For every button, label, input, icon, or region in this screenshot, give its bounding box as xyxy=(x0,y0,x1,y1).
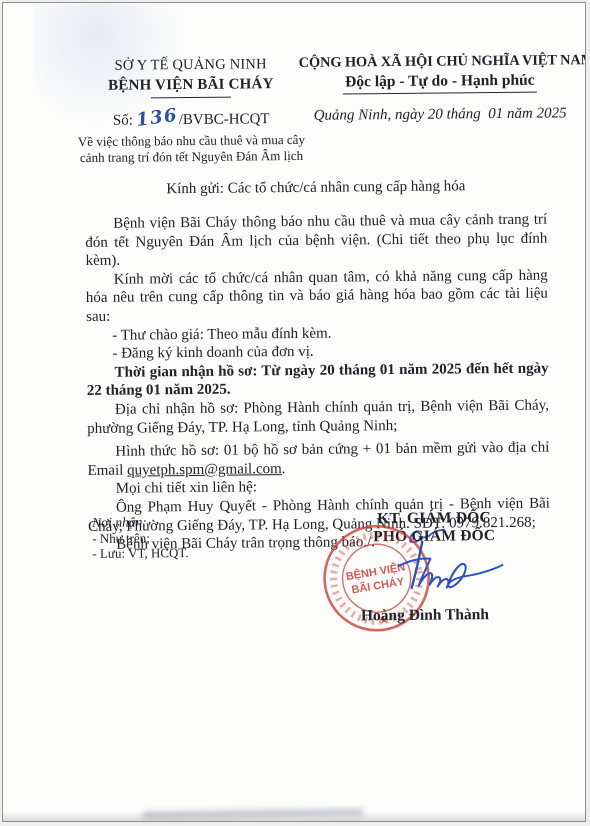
national-header: CỘNG HOÀ XÃ HỘI CHỦ NGHĨA VIỆT NAM Độc l… xyxy=(299,52,581,95)
org-name: BỆNH VIỆN BÃI CHÁY xyxy=(60,75,322,97)
recipients-label: Nơi nhận: xyxy=(92,514,188,530)
number-suffix: /BVBC-HCQT xyxy=(179,111,270,128)
paragraph-format: Hình thức hồ sơ: 01 bộ hồ sơ bản cứng + … xyxy=(87,439,549,481)
org-underline-rule xyxy=(151,97,231,99)
document-body: Bệnh viện Bãi Cháy thông báo nhu cầu thu… xyxy=(85,211,550,555)
signer-name: Hoàng Đình Thành xyxy=(325,606,525,626)
scan-bottom-shadow xyxy=(3,811,585,821)
republic-name: CỘNG HOÀ XÃ HỘI CHỦ NGHĨA VIỆT NAM xyxy=(299,52,581,72)
document-content: SỞ Y TẾ QUẢNG NINH BỆNH VIỆN BÃI CHÁY Số… xyxy=(2,2,586,822)
recipient-item: - Như trên; xyxy=(92,530,188,546)
paragraph-address: Địa chỉ nhận hồ sơ: Phòng Hành chính quả… xyxy=(87,396,549,438)
paragraph-announcement: Bệnh viện Bãi Cháy thông báo nhu cầu thu… xyxy=(85,211,548,271)
recipients-block: Nơi nhận: - Như trên; - Lưu: VT, HCQT. xyxy=(92,514,189,561)
dateline: Quảng Ninh, ngày 20 tháng 01 năm 2025 xyxy=(299,105,581,125)
recipient-item: - Lưu: VT, HCQT. xyxy=(92,545,188,561)
salutation: Kính gửi: Các tổ chức/cá nhân cung cấp h… xyxy=(85,178,547,199)
handwritten-signature xyxy=(396,539,505,602)
paragraph-deadline: Thời gian nhận hồ sơ: Từ ngày 20 tháng 0… xyxy=(87,359,549,401)
paragraph-invitation: Kính mời các tổ chức/cá nhân quan tâm, c… xyxy=(86,266,549,326)
format-period: . xyxy=(282,461,286,477)
number-label: Số: xyxy=(113,113,133,129)
document-subject: Về việc thông báo nhu cầu thuê và mua câ… xyxy=(60,132,322,166)
scanned-page: SỞ Y TẾ QUẢNG NINH BỆNH VIỆN BÃI CHÁY Số… xyxy=(2,2,586,822)
issuer-header: SỞ Y TẾ QUẢNG NINH BỆNH VIỆN BÃI CHÁY Số… xyxy=(60,55,323,166)
handwritten-number: 136 xyxy=(135,106,179,130)
republic-motto: Độc lập - Tự do - Hạnh phúc xyxy=(343,71,537,95)
email-address: quyetph.spm@gmail.com xyxy=(127,461,282,478)
parent-org-name: SỞ Y TẾ QUẢNG NINH xyxy=(60,55,322,77)
subject-line-2: cảnh trang trí đón tết Nguyên Đán Âm lịc… xyxy=(60,147,322,165)
document-number: Số: 136/BVBC-HCQT xyxy=(60,108,322,132)
subject-line-1: Về việc thông báo nhu cầu thuê và mua câ… xyxy=(60,132,322,150)
